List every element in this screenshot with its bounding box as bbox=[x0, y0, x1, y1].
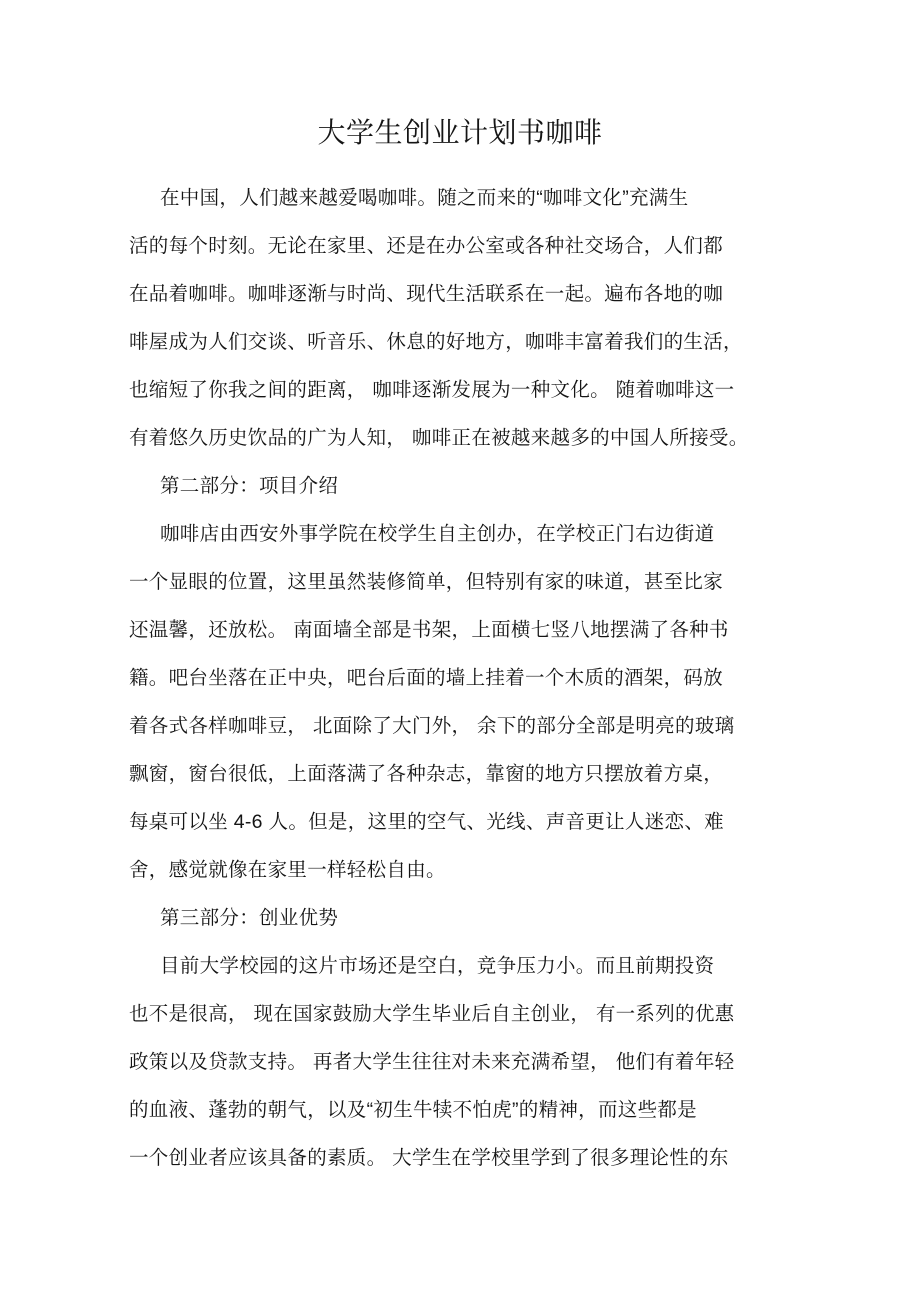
document-line: 有着悠久历史饮品的广为人知， 咖啡正在被越来越多的中国人所接受。 bbox=[129, 414, 800, 462]
document-line: 政策以及贷款支持。 再者大学生往往对未来充满希望， 他们有着年轻 bbox=[129, 1038, 800, 1086]
document-line: 一个显眼的位置，这里虽然装修简单，但特别有家的味道，甚至比家 bbox=[129, 558, 800, 606]
document-line: 飘窗，窗台很低，上面落满了各种杂志，靠窗的地方只摆放着方桌， bbox=[129, 750, 800, 798]
document-line: 舍，感觉就像在家里一样轻松自由。 bbox=[129, 846, 800, 894]
document-line: 咖啡店由西安外事学院在校学生自主创办，在学校正门右边街道 bbox=[129, 510, 800, 558]
document-line: 在品着咖啡。咖啡逐渐与时尚、现代生活联系在一起。遍布各地的咖 bbox=[129, 270, 800, 318]
document-line: 目前大学校园的这片市场还是空白，竞争压力小。而且前期投资 bbox=[129, 942, 800, 990]
document-line: 活的每个时刻。无论在家里、还是在办公室或各种社交场合，人们都 bbox=[129, 222, 800, 270]
section-heading: 第二部分：项目介绍 bbox=[129, 462, 800, 510]
document-line: 一个创业者应该具备的素质。 大学生在学校里学到了很多理论性的东 bbox=[129, 1134, 800, 1182]
document-line: 也缩短了你我之间的距离， 咖啡逐渐发展为一种文化。 随着咖啡这一 bbox=[129, 366, 800, 414]
document-line: 还温馨，还放松。 南面墙全部是书架，上面横七竖八地摆满了各种书 bbox=[129, 606, 800, 654]
document-page: 大学生创业计划书咖啡 在中国，人们越来越爱喝咖啡。随之而来的“咖啡文化”充满生 … bbox=[0, 0, 920, 1303]
document-line: 啡屋成为人们交谈、听音乐、休息的好地方，咖啡丰富着我们的生活， bbox=[129, 318, 800, 366]
section-heading: 第三部分：创业优势 bbox=[129, 894, 800, 942]
document-line: 籍。吧台坐落在正中央，吧台后面的墙上挂着一个木质的酒架，码放 bbox=[129, 654, 800, 702]
document-line: 每桌可以坐 4-6 人。但是，这里的空气、光线、声音更让人迷恋、难 bbox=[129, 798, 800, 846]
document-line: 也不是很高， 现在国家鼓励大学生毕业后自主创业， 有一系列的优惠 bbox=[129, 990, 800, 1038]
document-body: 在中国，人们越来越爱喝咖啡。随之而来的“咖啡文化”充满生 活的每个时刻。无论在家… bbox=[129, 174, 800, 1182]
document-title: 大学生创业计划书咖啡 bbox=[0, 0, 920, 152]
document-line: 在中国，人们越来越爱喝咖啡。随之而来的“咖啡文化”充满生 bbox=[129, 174, 800, 222]
document-line: 着各式各样咖啡豆， 北面除了大门外， 余下的部分全部是明亮的玻璃 bbox=[129, 702, 800, 750]
document-line: 的血液、蓬勃的朝气，以及“初生牛犊不怕虎”的精神，而这些都是 bbox=[129, 1086, 800, 1134]
